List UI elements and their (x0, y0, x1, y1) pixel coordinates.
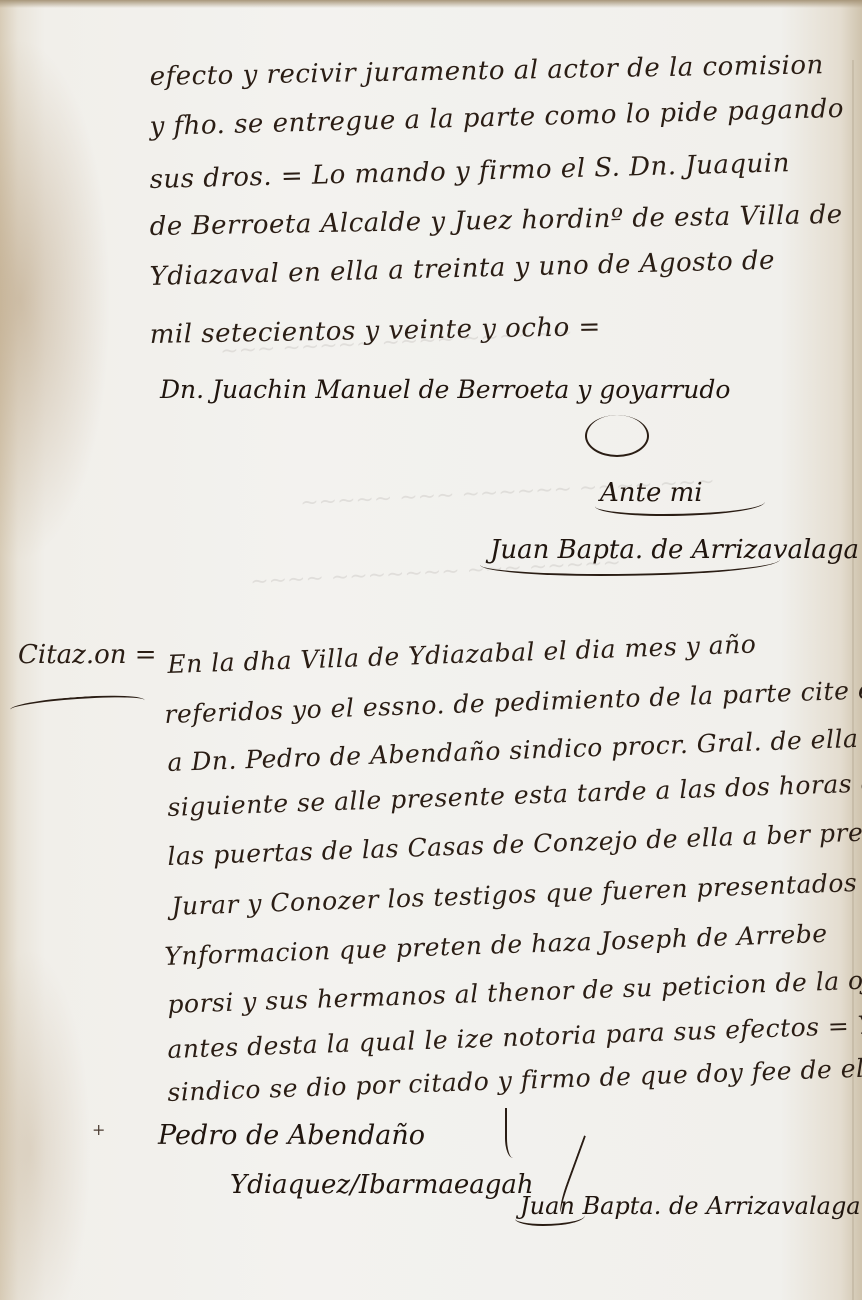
margin-underline (10, 692, 146, 717)
notary-flourish-2 (515, 1208, 585, 1226)
text-line-7: En la dha Villa de Ydiazabal el dia mes … (167, 629, 757, 679)
margin-note-citacion: Citaz.on = (18, 640, 157, 670)
signature-alcalde: Dn. Juachin Manuel de Berroeta y goyarru… (160, 375, 730, 404)
manuscript-page: ~~~ ~~~~~ ~~~~ ~~~~~~ ~~~~~ ~~~ ~~~~~~ ~… (0, 0, 862, 1300)
text-line-11: las puertas de las Casas de Conzejo de e… (167, 815, 862, 871)
text-line-3: sus dros. = Lo mando y firmo el S. Dn. J… (149, 148, 790, 195)
text-line-5: Ydiazaval en ella a treinta y uno de Ago… (149, 246, 775, 292)
text-line-2: y fho. se entregue a la parte como lo pi… (149, 94, 844, 142)
signature-flourish (585, 415, 649, 457)
text-line-14: porsi y sus hermanos al thenor de su pet… (167, 965, 862, 1019)
text-line-12: Jurar y Conozer los testigos que fueren … (171, 865, 862, 921)
signature-witness: Ydiaquez/Ibarmaeagah (230, 1170, 534, 1200)
signature-sindico: Pedro de Abendaño (158, 1120, 425, 1151)
notary-flourish-1 (480, 548, 780, 576)
attest-flourish (595, 492, 765, 516)
text-line-1: efecto y recivir juramento al actor de l… (149, 50, 824, 92)
sindico-rubric (505, 1108, 525, 1158)
text-line-13: Ynformacion que preten de haza Joseph de… (164, 919, 828, 971)
text-line-15: antes desta la qual le ize notoria para … (167, 1007, 862, 1064)
text-line-8: referidos yo el essno. de pedimiento de … (164, 672, 862, 729)
text-line-4: de Berroeta Alcalde y Juez hordinº de es… (149, 200, 842, 242)
text-line-10: siguiente se alle presente esta tarde a … (167, 768, 862, 822)
cross-mark: + (92, 1120, 105, 1139)
text-line-9: a Dn. Pedro de Abendaño sindico procr. G… (167, 721, 862, 777)
